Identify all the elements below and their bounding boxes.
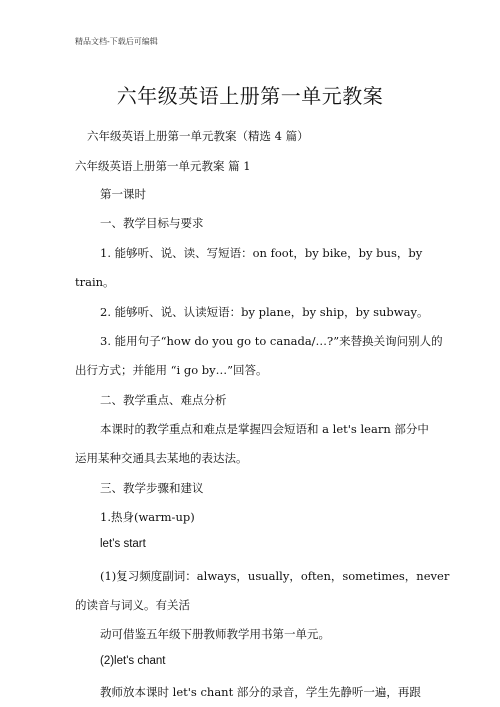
objective-1: 1. 能够听、说、读、写短语：on foot，by bike，by bus，by xyxy=(100,245,422,261)
subtitle: 六年级英语上册第一单元教案（精选 4 篇） xyxy=(87,128,309,144)
objective-2: 2. 能够听、说、认读短语：by plane，by ship，by subway… xyxy=(100,304,429,320)
step-1-review-cont2: 动可借鉴五年级下册教师教学用书第一单元。 xyxy=(100,626,330,642)
key-points-text: 本课时的教学重点和难点是掌握四会短语和 a let's learn 部分中 xyxy=(100,421,429,437)
objective-1-cont: train。 xyxy=(75,274,115,290)
document-title: 六年级英语上册第一单元教案 xyxy=(0,80,500,109)
step-chant: (2)let's chant xyxy=(100,655,165,667)
section-heading: 六年级英语上册第一单元教案 篇 1 xyxy=(75,158,251,174)
header-note: 精品文档-下载后可编辑 xyxy=(75,36,158,47)
heading-steps: 三、教学步骤和建议 xyxy=(100,480,204,496)
step-1-review-cont: 的读音与词义。有关活 xyxy=(75,597,190,613)
step-warm-up: 1.热身(warm-up) xyxy=(100,509,195,525)
lesson-label: 第一课时 xyxy=(100,186,146,202)
step-chant-text: 教师放本课时 let's chant 部分的录音，学生先静听一遍，再跟 xyxy=(100,684,421,700)
objective-3: 3. 能用句子“how do you go to canada/…?”来替换关询… xyxy=(100,333,443,349)
objective-3-cont: 出行方式；并能用 “i go by…”回答。 xyxy=(75,362,268,378)
heading-objectives: 一、教学目标与要求 xyxy=(100,215,204,231)
key-points-text-cont: 运用某种交通具去某地的表达法。 xyxy=(75,450,248,466)
lets-start: let’s start xyxy=(100,538,146,550)
step-1-review: (1)复习频度副词：always，usually，often，sometimes… xyxy=(100,568,449,584)
heading-key-points: 二、教学重点、难点分析 xyxy=(100,392,227,408)
